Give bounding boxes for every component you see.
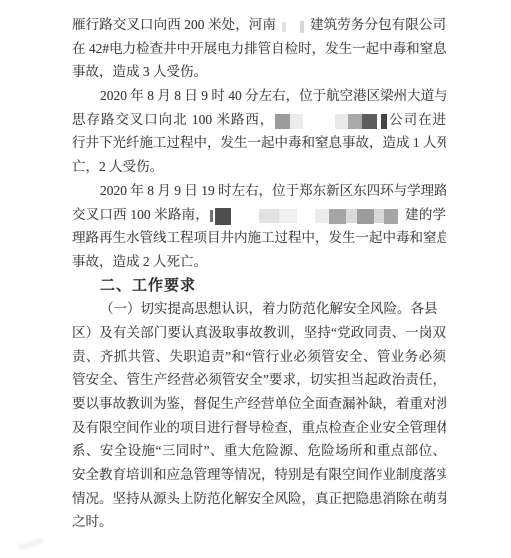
redaction-pixel bbox=[315, 209, 329, 223]
redaction-pixel bbox=[297, 209, 315, 223]
text-run: 之时。 bbox=[72, 514, 113, 529]
pixelated-company-name bbox=[275, 109, 387, 132]
scan-artifact bbox=[18, 537, 45, 551]
redaction-pixel bbox=[335, 114, 348, 129]
redaction-pixel bbox=[374, 209, 384, 223]
redaction-pixel bbox=[329, 209, 346, 224]
text-run: 及有限空间作业的项目进行督导检查，重点检查企业安全管理体 bbox=[72, 420, 446, 435]
redaction-pixel bbox=[348, 114, 362, 129]
text-run: 公司在进 bbox=[388, 112, 446, 127]
redaction-pixel bbox=[346, 209, 357, 223]
text-line: 2020 年 8 月 8 日 9 时 40 分左右，位于航空港区梁州大道与 bbox=[72, 84, 446, 108]
text-run: 事故，造成 2 人死亡。 bbox=[72, 254, 207, 269]
text-line: 2020 年 8 月 9 日 19 时左右，位于郑东新区东四环与学理路 bbox=[72, 179, 446, 203]
text-line: 情况。坚持从源头上防范化解安全风险，真正把隐患消除在萌芽 bbox=[72, 487, 446, 511]
document-text-block: 雁行路交叉口向西 200 米处，河南建筑劳务分包有限公司在 42#电力检查井中开… bbox=[72, 13, 446, 534]
redaction-pixel bbox=[259, 209, 279, 223]
text-run: （一）切实提高思想认识，着力防范化解安全风险。各县（市、 bbox=[100, 301, 446, 316]
text-line: 雁行路交叉口向西 200 米处，河南建筑劳务分包有限公司 bbox=[72, 13, 446, 37]
redaction-pixel bbox=[304, 22, 309, 32]
text-run: 二、工作要求 bbox=[100, 277, 196, 294]
blurred-company-name bbox=[277, 14, 309, 37]
redaction-pixel bbox=[279, 209, 297, 223]
text-run: 雁行路交叉口向西 200 米处，河南 bbox=[72, 17, 276, 32]
text-line: 及有限空间作业的项目进行督导检查，重点检查企业安全管理体 bbox=[72, 416, 446, 440]
text-run: 事故，造成 3 人受伤。 bbox=[72, 64, 207, 79]
text-line: 思存路交叉口向北 100 米路西，公司在进 bbox=[72, 108, 446, 132]
text-line: 责、齐抓共管、失职追责”和“管行业必须管安全、管业务必须 bbox=[72, 345, 446, 369]
text-run: 思存路交叉口向北 100 米路西， bbox=[72, 112, 274, 127]
redaction-pixel bbox=[362, 114, 377, 129]
text-line: 事故，造成 3 人受伤。 bbox=[72, 60, 446, 84]
text-run: 在 42#电力检查井中开展电力排管自检时，发生一起中毒和窒息 bbox=[72, 41, 446, 56]
text-line: 在 42#电力检查井中开展电力排管自检时，发生一起中毒和窒息 bbox=[72, 37, 446, 61]
redaction-pixel bbox=[215, 208, 231, 225]
text-line: （一）切实提高思想认识，着力防范化解安全风险。各县（市、 bbox=[72, 297, 446, 321]
text-line: 要以事故教训为鉴，督促生产经营单位全面查漏补缺，着重对涉 bbox=[72, 392, 446, 416]
text-line: 之时。 bbox=[72, 510, 446, 534]
text-run: 建筑劳务分包有限公司 bbox=[310, 17, 446, 32]
redaction-pixel bbox=[384, 209, 398, 224]
text-run: 责、齐抓共管、失职追责”和“管行业必须管安全、管业务必须 bbox=[72, 349, 446, 364]
text-line: 行井下光纤施工过程中，发生一起中毒和窒息事故，造成 1 人死 bbox=[72, 131, 446, 155]
text-run: 管安全、管生产经营必须管安全”要求，切实担当起政治责任， bbox=[72, 372, 446, 387]
text-line: 系、安全设施“三同时”、重大危险源、危险场所和重点部位、 bbox=[72, 439, 446, 463]
redaction-pixel bbox=[398, 209, 404, 223]
text-run: 安全教育培训和应急管理等情况，特别是有限空间作业制度落实 bbox=[72, 467, 446, 482]
text-run: 要以事故教训为鉴，督促生产经营单位全面查漏补缺，着重对涉 bbox=[72, 396, 446, 411]
text-line: 事故，造成 2 人死亡。 bbox=[72, 250, 446, 274]
text-run: 建的学 bbox=[405, 207, 446, 222]
text-line: 安全教育培训和应急管理等情况，特别是有限空间作业制度落实 bbox=[72, 463, 446, 487]
text-run: 系、安全设施“三同时”、重大危险源、危险场所和重点部位、 bbox=[72, 443, 446, 458]
text-run: 2020 年 8 月 9 日 19 时左右，位于郑东新区东四环与学理路 bbox=[100, 183, 446, 198]
text-run: 交叉口西 100 米路南， bbox=[72, 207, 209, 222]
text-line: 交叉口西 100 米路南，建的学 bbox=[72, 203, 446, 227]
redaction-pixel bbox=[357, 209, 374, 224]
text-line: 管安全、管生产经营必须管安全”要求，切实担当起政治责任， bbox=[72, 368, 446, 392]
redaction-pixel bbox=[231, 208, 259, 224]
text-line: 理路再生水管线工程项目井内施工过程中，发生一起中毒和窒息 bbox=[72, 226, 446, 250]
text-run: 区）及有关部门要认真汲取事故教训，坚持“党政同责、一岗双 bbox=[72, 325, 446, 340]
text-run: 2020 年 8 月 8 日 9 时 40 分左右，位于航空港区梁州大道与 bbox=[100, 88, 446, 103]
text-run: 理路再生水管线工程项目井内施工过程中，发生一起中毒和窒息 bbox=[72, 230, 446, 245]
redaction-pixel bbox=[381, 114, 387, 129]
text-line: 亡，2 人受伤。 bbox=[72, 155, 446, 179]
text-run: 情况。坚持从源头上防范化解安全风险，真正把隐患消除在萌芽 bbox=[72, 491, 446, 506]
text-line: 区）及有关部门要认真汲取事故教训，坚持“党政同责、一岗双 bbox=[72, 321, 446, 345]
redaction-pixel bbox=[303, 114, 335, 129]
redaction-pixel bbox=[290, 114, 303, 129]
section-heading: 二、工作要求 bbox=[72, 274, 446, 298]
document-page: 雁行路交叉口向西 200 米处，河南建筑劳务分包有限公司在 42#电力检查井中开… bbox=[0, 0, 511, 558]
redaction-pixel bbox=[286, 21, 300, 33]
text-run: 行井下光纤施工过程中，发生一起中毒和窒息事故，造成 1 人死 bbox=[72, 135, 446, 150]
pixelated-company-name bbox=[210, 204, 404, 227]
text-run: 亡，2 人受伤。 bbox=[72, 159, 163, 174]
redaction-pixel bbox=[275, 114, 290, 129]
